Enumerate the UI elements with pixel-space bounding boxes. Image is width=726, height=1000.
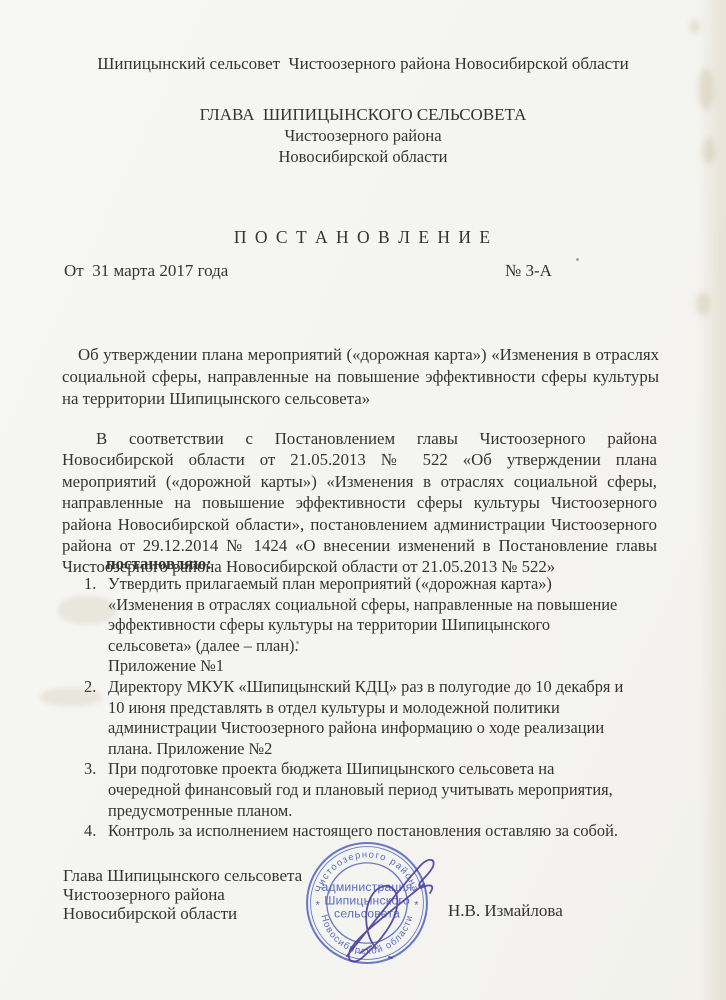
resolve-word: постановляю: bbox=[106, 554, 212, 574]
scan-smudge bbox=[698, 68, 714, 110]
authority-line-2: Чистоозерного района bbox=[0, 125, 726, 146]
scan-smudge bbox=[703, 138, 715, 164]
signatory-title-line-3: Новосибирской области bbox=[63, 904, 302, 923]
issuing-authority-block: ГЛАВА ШИПИЦЫНСКОГО СЕЛЬСОВЕТА Чистоозерн… bbox=[0, 104, 726, 167]
list-item-1: Утвердить прилагаемый план мероприятий (… bbox=[84, 574, 629, 677]
subject-paragraph: Об утверждении плана мероприятий («дорож… bbox=[62, 344, 659, 409]
scan-smudge bbox=[696, 292, 710, 316]
authority-title: ГЛАВА ШИПИЦЫНСКОГО СЕЛЬСОВЕТА bbox=[0, 104, 726, 125]
doc-date: От 31 марта 2017 года bbox=[64, 261, 228, 281]
signatory-title-line-2: Чистоозерного района bbox=[63, 885, 302, 904]
date-number-row: От 31 марта 2017 года № 3-А bbox=[0, 261, 726, 285]
scan-speck bbox=[296, 641, 299, 644]
signatory-name: Н.В. Измайлова bbox=[448, 901, 563, 921]
scan-smudge bbox=[690, 20, 700, 34]
scan-speck bbox=[576, 258, 579, 261]
handwritten-signature bbox=[320, 838, 462, 976]
resolution-list: Утвердить прилагаемый план мероприятий (… bbox=[84, 574, 629, 842]
header-org-line: Шипицынский сельсовет Чистоозерного райо… bbox=[0, 54, 726, 74]
bleed-through-mark bbox=[58, 596, 116, 624]
bleed-through-mark bbox=[40, 688, 102, 706]
signatory-title-block: Глава Шипицынского сельсовета Чистоозерн… bbox=[63, 866, 302, 923]
list-item-2: Директору МКУК «Шипицынский КДЦ» раз в п… bbox=[84, 677, 629, 759]
list-item-3: При подготовке проекта бюджета Шипицынск… bbox=[84, 759, 629, 821]
doc-type-heading: П О С Т А Н О В Л Е Н И Е bbox=[0, 227, 726, 248]
doc-number: № 3-А bbox=[505, 261, 552, 281]
document-page: Шипицынский сельсовет Чистоозерного райо… bbox=[0, 0, 726, 1000]
signatory-title-line-1: Глава Шипицынского сельсовета bbox=[63, 866, 302, 885]
authority-line-3: Новосибирской области bbox=[0, 146, 726, 167]
